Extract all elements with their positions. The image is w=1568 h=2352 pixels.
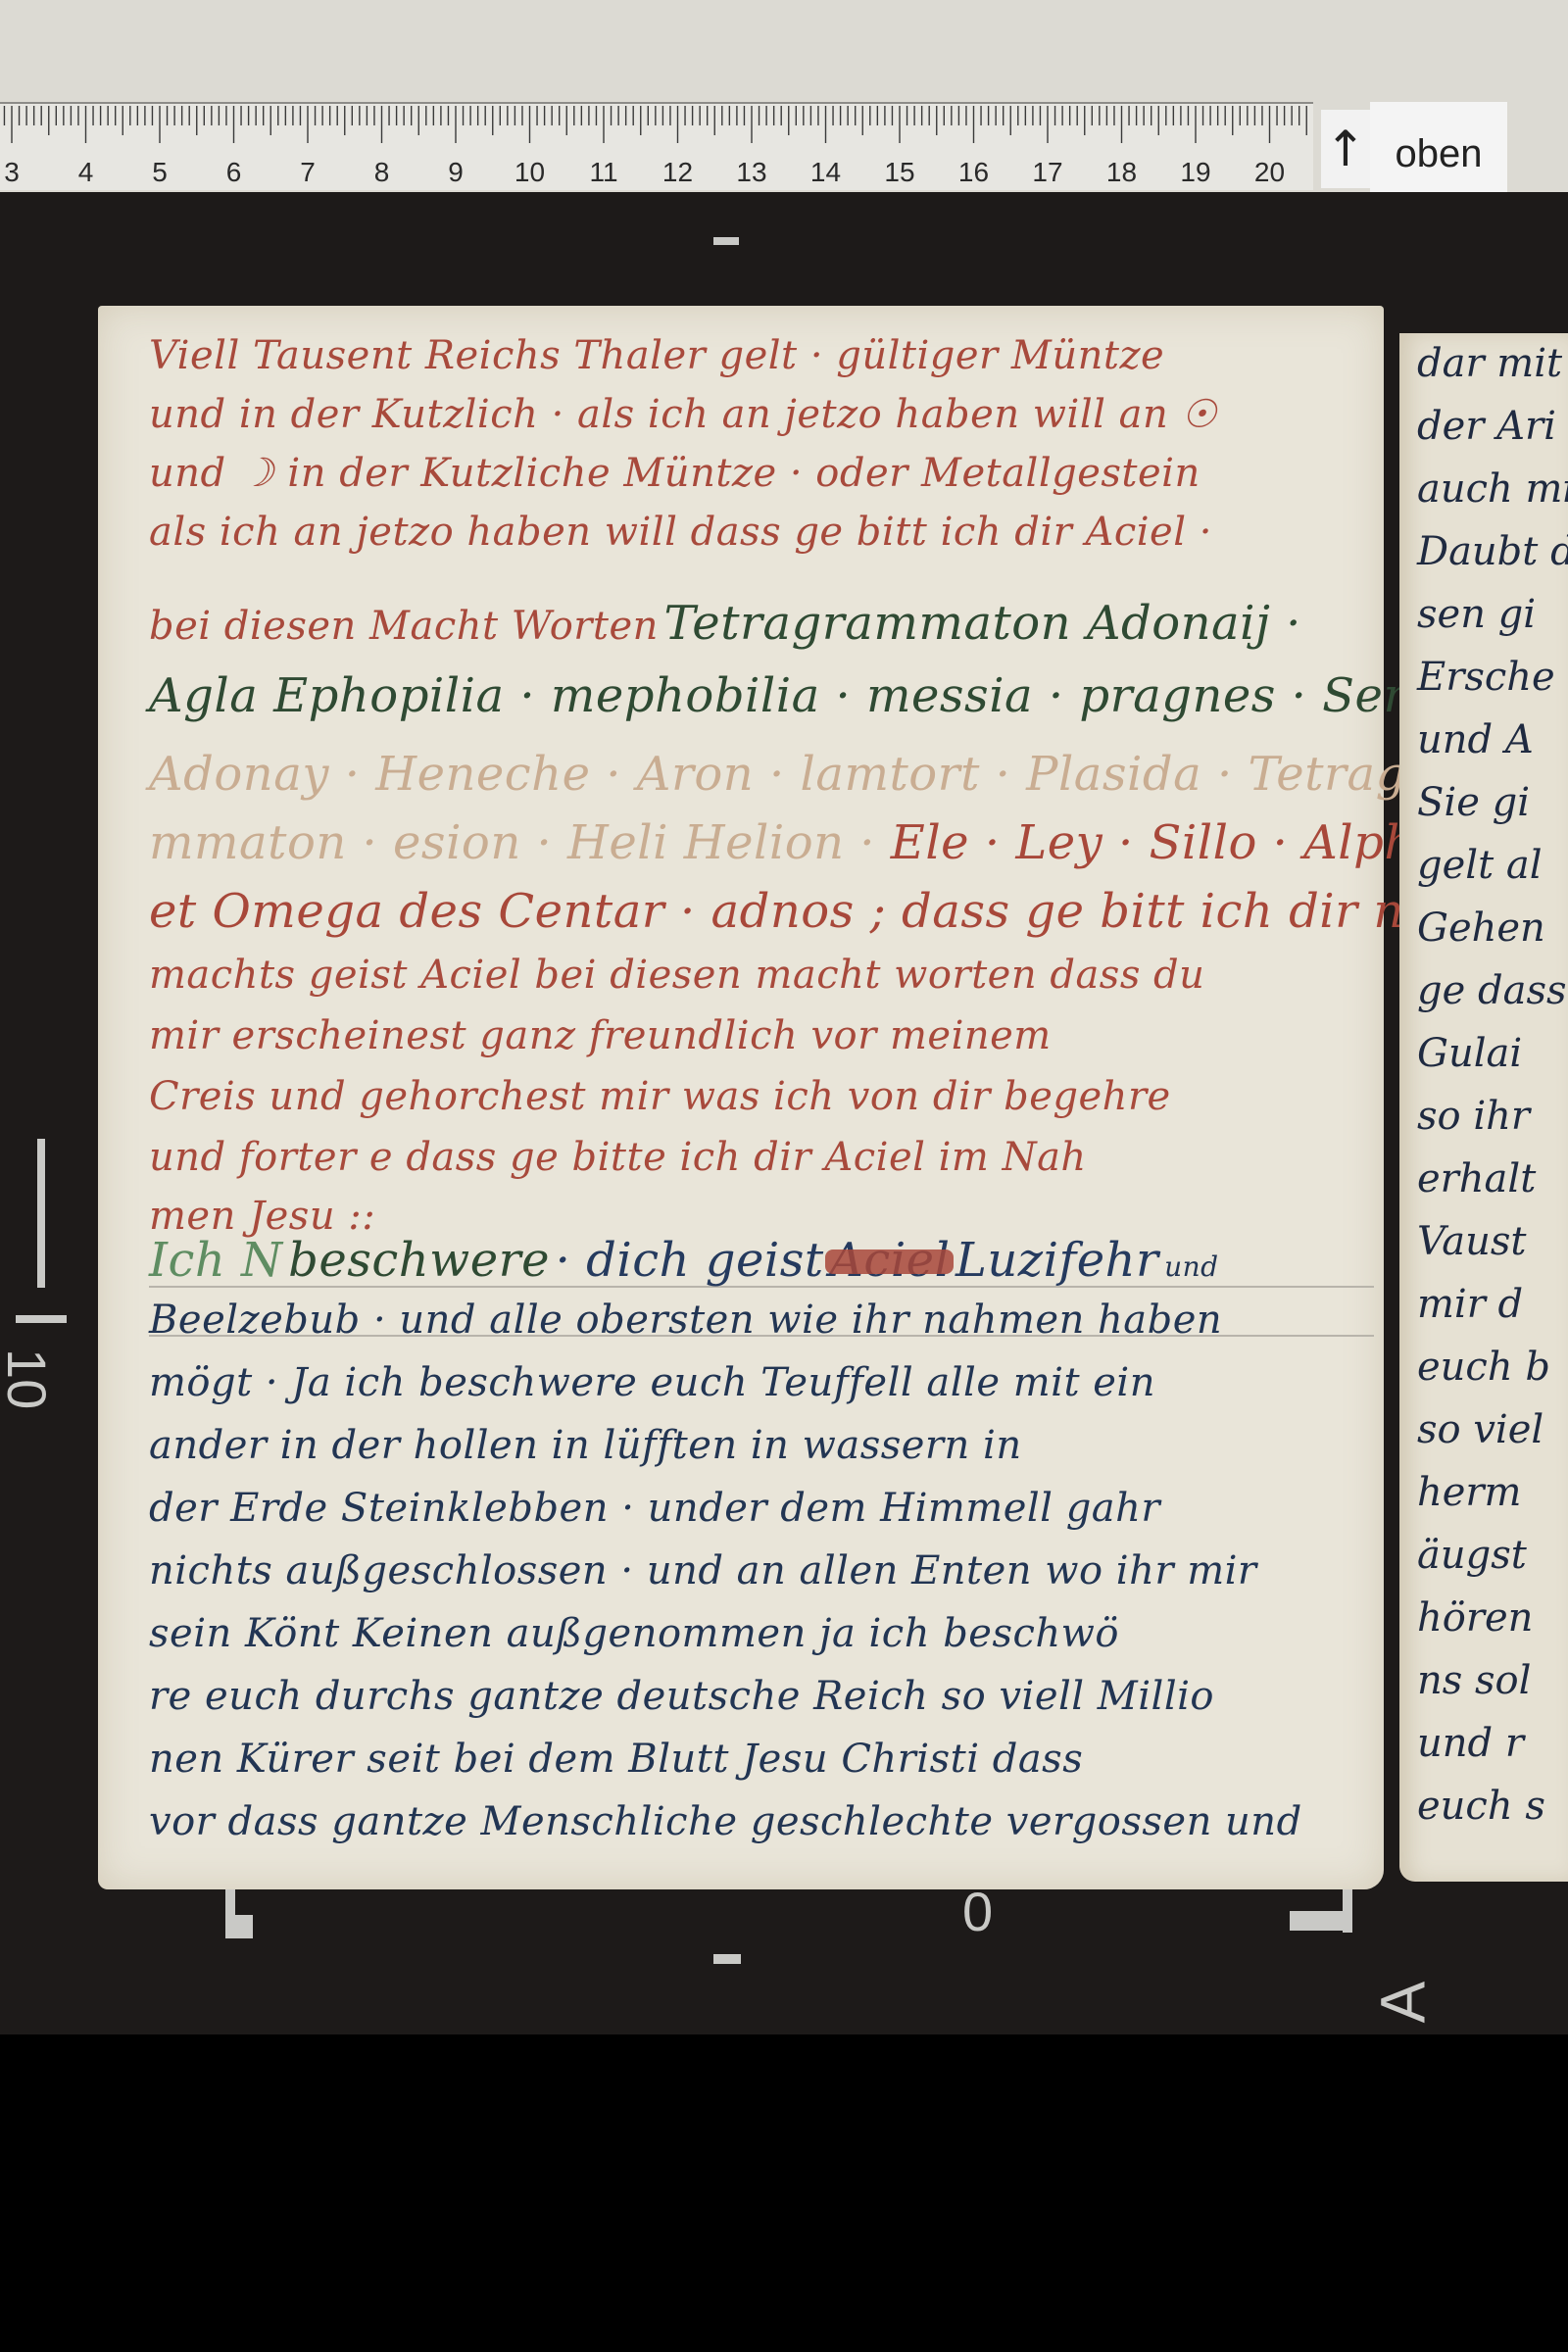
ruler-number: 14 <box>810 157 841 188</box>
right-page-line: äugst <box>1417 1533 1527 1578</box>
text-line-9: et Omega des Centar · adnos ; dass ge bi… <box>149 884 1491 939</box>
ruler-number: 5 <box>152 157 168 188</box>
up-arrow-icon: ↑ <box>1321 110 1370 188</box>
text-line-1: Viell Tausent Reichs Thaler gelt · gülti… <box>149 333 1164 378</box>
right-page-line: Ersche <box>1417 655 1555 700</box>
text-line-7: Adonay · Heneche · Aron · lamtort · Plas… <box>149 747 1457 802</box>
ruler-ticks <box>0 104 1313 143</box>
red-phrase: bei diesen Macht Worten <box>149 604 659 649</box>
text-line-21: sein Könt Keinen außgenommen ja ich besc… <box>149 1611 1119 1656</box>
text-line-15: Ich N beschwere · dich geist Aciel Luzif… <box>149 1233 1219 1288</box>
right-page-line: der Ari <box>1417 404 1556 449</box>
dich-geist: · dich geist <box>556 1233 824 1288</box>
ruler-number: 4 <box>78 157 94 188</box>
bottom-marker-dash <box>713 1954 741 1964</box>
ruler-number: 16 <box>958 157 989 188</box>
divine-names: Tetragrammaton Adonaij · <box>664 596 1301 651</box>
text-line-23: nen Kürer seit bei dem Blutt Jesu Christ… <box>149 1737 1083 1782</box>
text-line-18: ander in der hollen in lüfften in wasser… <box>149 1423 1022 1468</box>
text-line-2: und in der Kutzlich · als ich an jetzo h… <box>149 392 1217 437</box>
corner-bracket-br-h <box>1290 1911 1352 1931</box>
text-line-8: mmaton · esion · Heli Helion · Ele · Ley… <box>149 815 1444 870</box>
orientation-label: oben <box>1370 102 1507 192</box>
luzifehr-word: Luzifehr <box>955 1233 1158 1288</box>
red-names: Ele · Ley · Sillo · Alpha <box>891 815 1444 870</box>
ruler-number: 19 <box>1180 157 1210 188</box>
manuscript-left-page: Viell Tausent Reichs Thaler gelt · gülti… <box>98 306 1384 1889</box>
faded-names: mmaton · esion · Heli Helion · <box>149 815 891 870</box>
ruler-number: 6 <box>226 157 242 188</box>
right-page-line: erhalt <box>1417 1156 1536 1201</box>
right-page-line: gelt al <box>1417 843 1543 888</box>
ruler-number: 13 <box>736 157 766 188</box>
right-page-line: hören <box>1417 1595 1533 1641</box>
struck-word: Aciel <box>829 1233 950 1288</box>
text-line-11: mir erscheinest ganz freundlich vor mein… <box>149 1013 1052 1058</box>
text-line-4: als ich an jetzo haben will dass ge bitt… <box>149 510 1212 555</box>
text-line-20: nichts außgeschlossen · und an allen Ent… <box>149 1548 1257 1593</box>
manuscript-right-page: dar mitder Ariauch miDaubt dsen giErsche… <box>1399 333 1568 1882</box>
ich-n: Ich N <box>149 1233 283 1288</box>
right-page-line: ge dass <box>1417 968 1567 1013</box>
right-page-line: und A <box>1417 717 1534 762</box>
measurement-ruler: 34567891011121314151617181920 <box>0 102 1313 190</box>
bottom-right-marker: A <box>1366 1982 1439 2024</box>
right-page-line: sen gi <box>1417 592 1536 637</box>
ruler-number: 15 <box>884 157 914 188</box>
right-page-line: euch s <box>1417 1784 1545 1829</box>
text-line-6: Agla Ephopilia · mephobilia · messia · p… <box>149 668 1504 723</box>
right-page-line: Gehen <box>1417 906 1545 951</box>
right-page-line: Daubt d <box>1417 529 1568 574</box>
beschwere-word: beschwere <box>288 1233 550 1288</box>
text-line-3: und ☽ in der Kutzliche Müntze · oder Met… <box>149 451 1200 496</box>
right-page-line: Gulai <box>1417 1031 1522 1076</box>
ruler-number: 8 <box>374 157 390 188</box>
right-page-line: Vaust <box>1417 1219 1526 1264</box>
ruler-number: 18 <box>1106 157 1137 188</box>
text-line-17: mögt · Ja ich beschwere euch Teuffell al… <box>149 1360 1155 1405</box>
und-word: und <box>1164 1250 1219 1283</box>
left-marker-number: 10 <box>0 1348 59 1409</box>
right-page-line: ns sol <box>1417 1658 1531 1703</box>
ruler-number: 12 <box>662 157 693 188</box>
ruler-number: 3 <box>4 157 20 188</box>
text-line-5: bei diesen Macht Worten Tetragrammaton A… <box>149 596 1301 651</box>
text-line-22: re euch durchs gantze deutsche Reich so … <box>149 1674 1214 1719</box>
corner-bracket-bl-h <box>225 1915 253 1938</box>
top-marker <box>713 237 739 245</box>
text-line-12: Creis und gehorchest mir was ich von dir… <box>149 1074 1171 1119</box>
ruler-number: 9 <box>448 157 464 188</box>
text-line-13: und forter e dass ge bitte ich dir Aciel… <box>149 1135 1087 1180</box>
right-page-line: Sie gi <box>1417 780 1530 825</box>
right-page-line: so ihr <box>1417 1094 1530 1139</box>
ruler-number: 11 <box>589 157 617 188</box>
right-page-line: dar mit <box>1417 341 1562 386</box>
text-line-24: vor dass gantze Menschliche geschlechte … <box>149 1799 1302 1844</box>
left-marker-dash <box>16 1315 67 1323</box>
ruler-number: 7 <box>300 157 316 188</box>
text-line-19: der Erde Steinklebben · under dem Himmel… <box>149 1486 1160 1531</box>
ruler-number: 10 <box>514 157 545 188</box>
ruler-number: 17 <box>1032 157 1062 188</box>
right-page-line: mir d <box>1417 1282 1523 1327</box>
ruler-number: 20 <box>1254 157 1285 188</box>
right-page-line: und r <box>1417 1721 1524 1766</box>
right-page-line: auch mi <box>1417 466 1568 512</box>
text-line-16: Beelzebub · und alle obersten wie ihr na… <box>149 1298 1222 1343</box>
text-line-10: machts geist Aciel bei diesen macht wort… <box>149 953 1204 998</box>
left-marker-line <box>37 1139 45 1288</box>
right-page-line: euch b <box>1417 1345 1550 1390</box>
right-page-line: herm <box>1417 1470 1521 1515</box>
right-page-line: so viel <box>1417 1407 1543 1452</box>
